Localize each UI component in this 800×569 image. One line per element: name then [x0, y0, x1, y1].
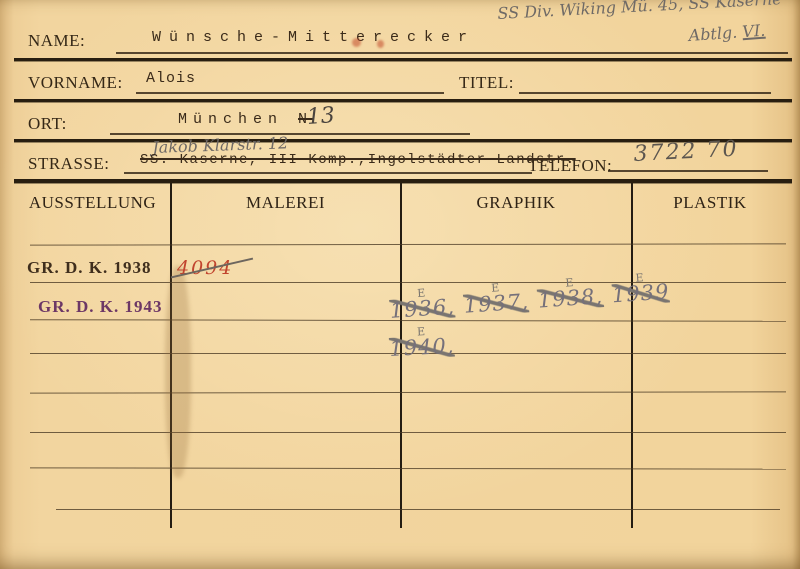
name-underline	[116, 52, 788, 54]
strasse-underline	[124, 172, 532, 174]
vorname-underline	[136, 92, 444, 94]
table-row-line	[30, 243, 786, 245]
paper-stain	[165, 266, 191, 478]
strasse-field-label: STRASSE:	[28, 154, 109, 174]
telefon-underline	[608, 170, 768, 172]
year-value: 1938,	[537, 285, 604, 311]
ausstellung-entry-1943: GR. D. K. 1943	[38, 297, 163, 317]
index-card: SS Div. Wiking Mü. 45, SS Kaserne Abtlg.…	[0, 0, 800, 569]
ink-speck	[352, 38, 361, 47]
annotation-abtlg: Abtlg.	[688, 23, 738, 45]
graphik-year: E 1939	[611, 271, 670, 306]
graphik-year: E 1940,	[388, 326, 455, 360]
column-header-plastik: PLASTIK	[632, 193, 788, 213]
annotation-line1: SS Div. Wiking Mü. 45, SS Kaserne	[497, 0, 782, 23]
strasse-old-value-crossed: SS.-Kaserne, III Komp.,Ingolstädter Land…	[140, 152, 576, 168]
titel-field-label: TITEL:	[459, 73, 514, 93]
year-value: 1939	[611, 280, 670, 306]
year-value: 1936,	[389, 295, 456, 321]
name-field-label: NAME:	[28, 31, 85, 51]
ort-typed-city: München	[178, 111, 283, 128]
graphik-years-line2: E 1940,	[388, 318, 459, 360]
ort-field-value: München N	[178, 111, 313, 128]
table-top-border	[14, 179, 792, 183]
telefon-hand-value: 3722 70	[633, 137, 739, 167]
column-header-ausstellung: AUSSTELLUNG	[15, 193, 170, 213]
table-row-line	[30, 432, 786, 433]
table-vline-3	[631, 183, 633, 528]
graphik-year: E 1937,	[463, 281, 530, 316]
graphik-year: E 1938,	[537, 276, 604, 311]
column-header-graphik: GRAPHIK	[401, 193, 631, 213]
table-row-line	[56, 509, 780, 510]
ort-hand-number: 13	[306, 103, 336, 130]
vorname-separator	[14, 99, 792, 102]
titel-underline	[519, 92, 771, 94]
ink-speck	[377, 40, 384, 48]
name-separator	[14, 58, 792, 61]
ort-field-label: ORT:	[28, 114, 67, 134]
column-header-malerei: MALEREI	[171, 193, 400, 213]
annotation-line2: Abtlg. VI.	[688, 21, 766, 45]
name-field-value: Wünsche-Mitterecker	[152, 29, 475, 46]
vorname-field-label: VORNAME:	[28, 73, 123, 93]
year-value: 1940,	[389, 335, 455, 360]
vorname-field-value: Alois	[146, 70, 196, 87]
ausstellung-entry-1938: GR. D. K. 1938	[27, 258, 152, 278]
ort-underline	[110, 133, 470, 135]
table-row-line	[30, 391, 786, 393]
annotation-abtlg-num: VI.	[742, 21, 766, 42]
graphik-year: E 1936,	[388, 286, 455, 321]
table-row-line	[30, 467, 786, 469]
year-value: 1937,	[463, 290, 530, 316]
